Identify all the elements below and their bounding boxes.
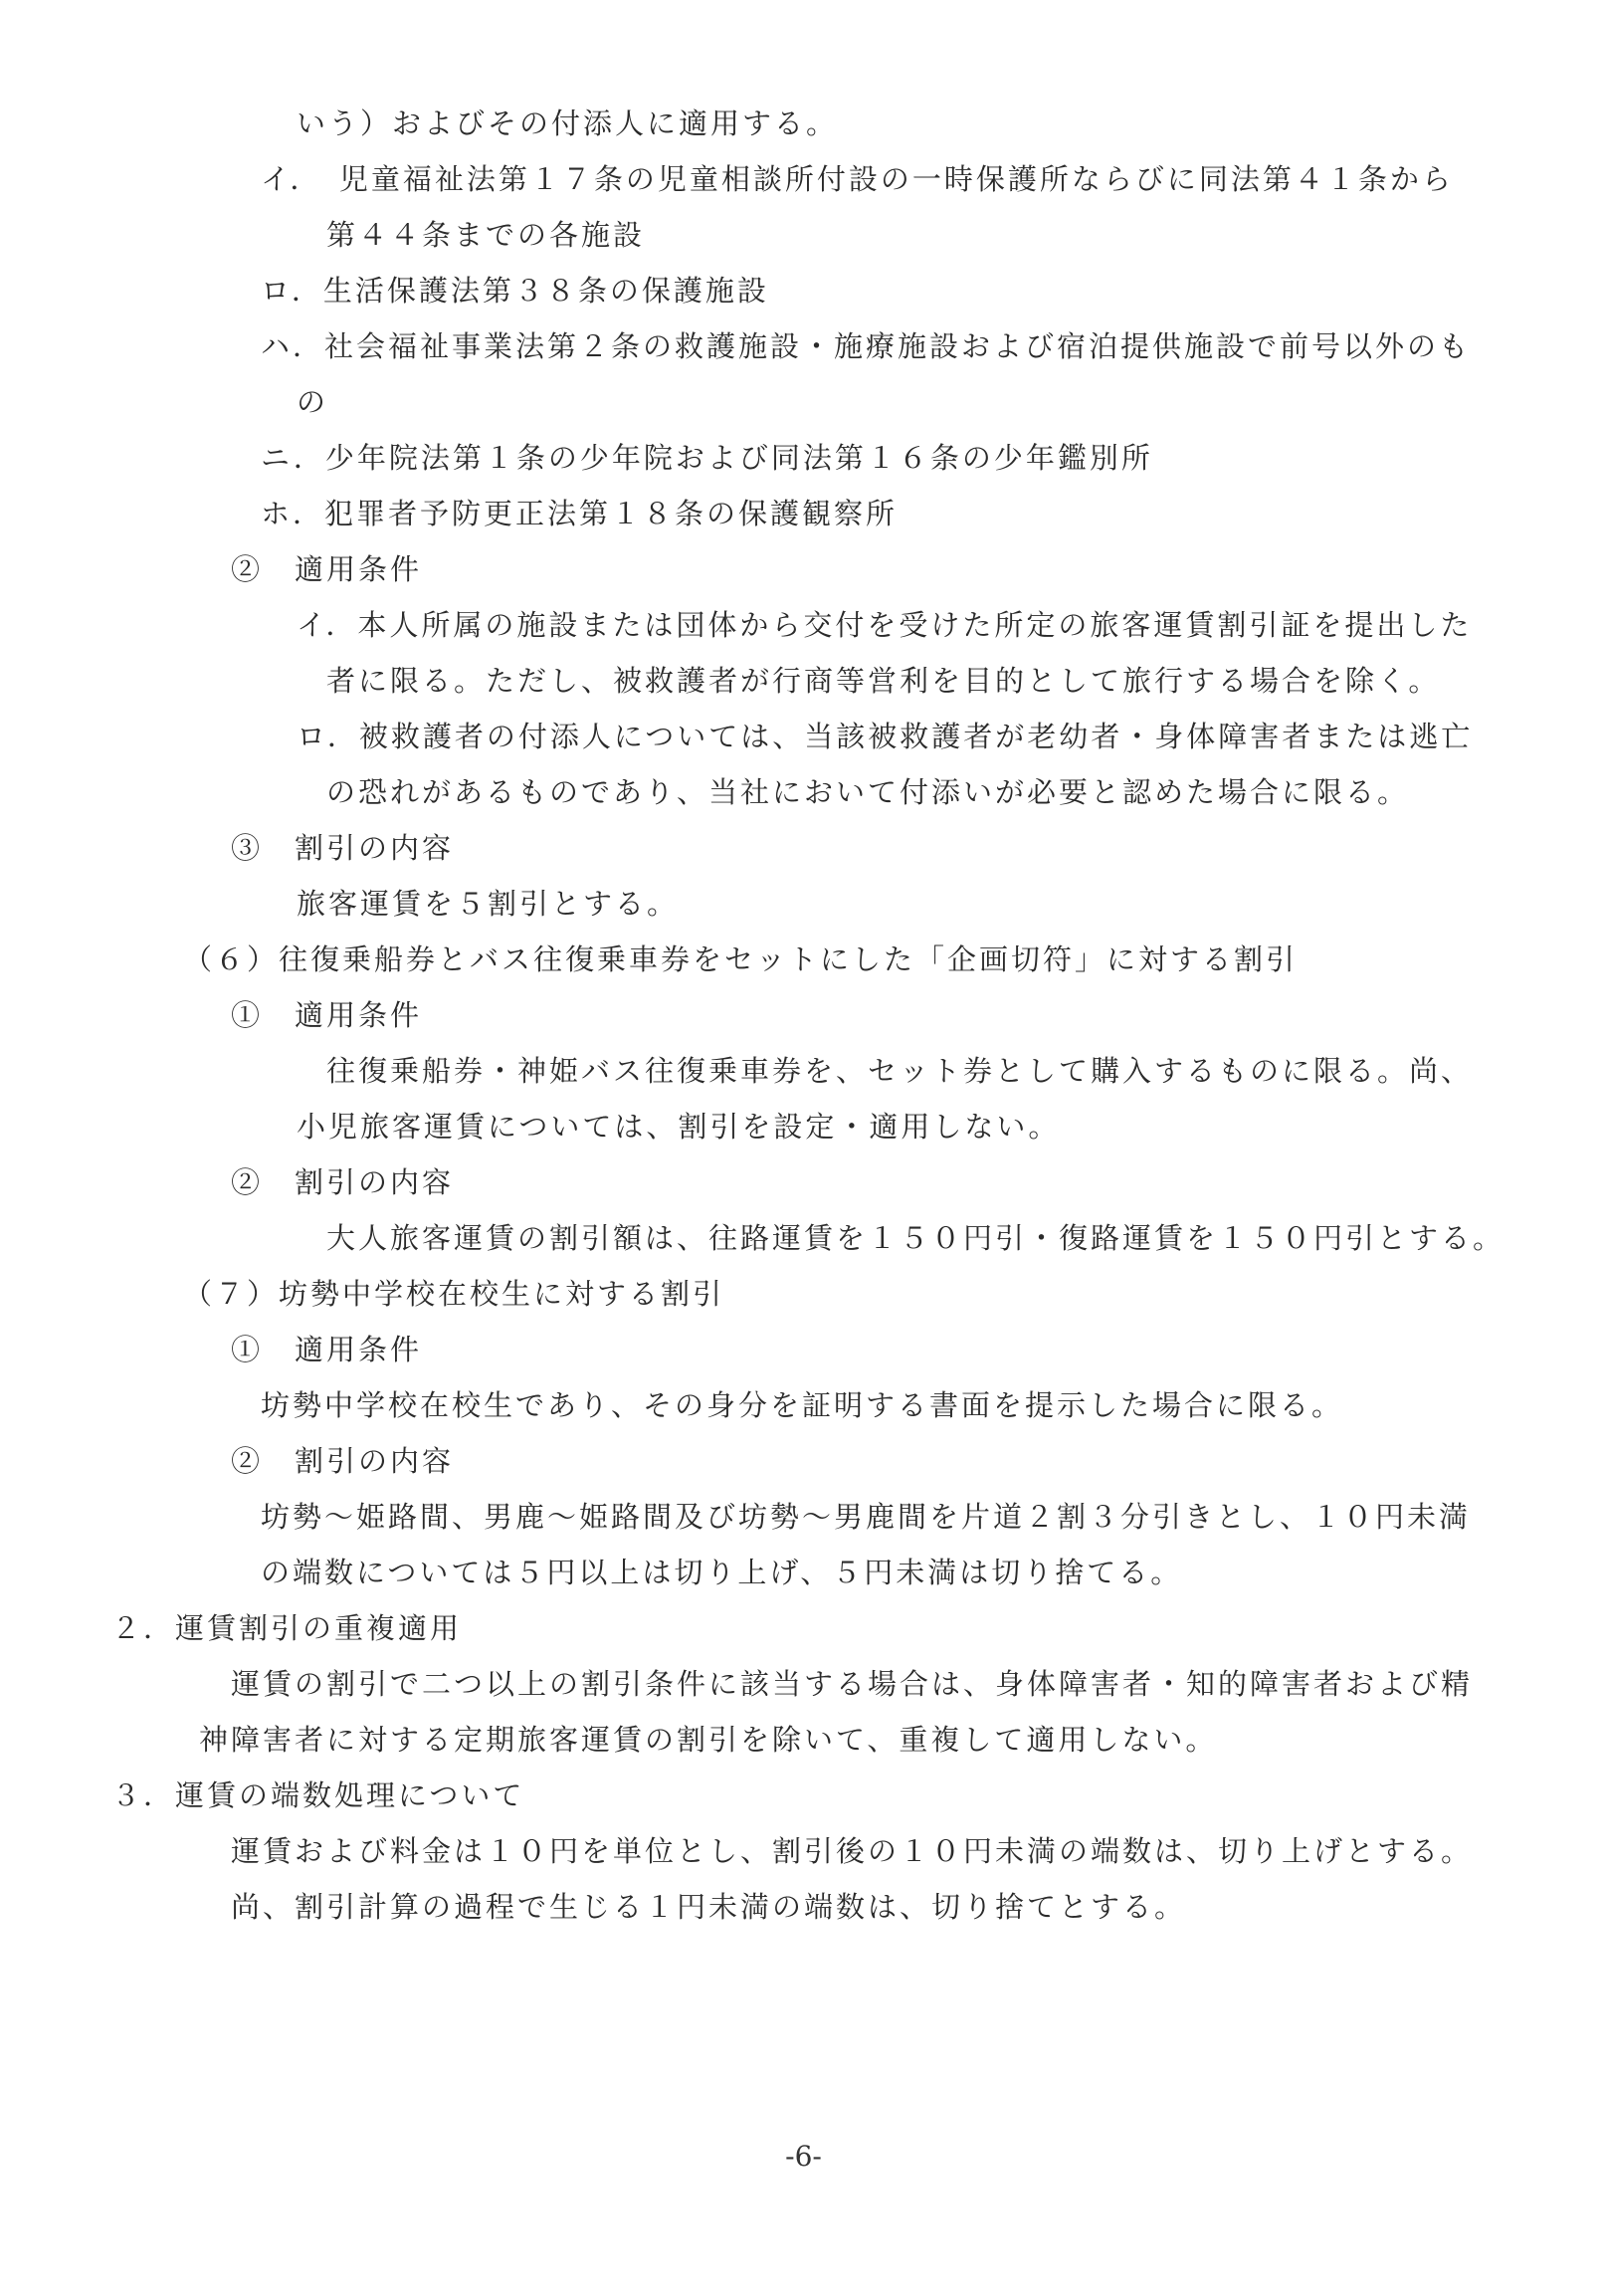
page-number: -6- (0, 2140, 1607, 2173)
text-line: 坊勢中学校在校生であり、その身分を証明する書面を提示した場合に限る。 (261, 1385, 1343, 1425)
text-line: 運賃および料金は１０円を単位とし、割引後の１０円未満の端数は、切り上げとする。 (231, 1831, 1473, 1871)
text-line: いう）およびその付添人に適用する。 (297, 104, 838, 143)
text-line: ２．運賃割引の重複適用 (111, 1608, 462, 1648)
text-line: 小児旅客運賃については、割引を設定・適用しない。 (297, 1107, 1060, 1147)
text-line: 神障害者に対する定期旅客運賃の割引を除いて、重複して適用しない。 (199, 1720, 1217, 1760)
text-line: ３．運賃の端数処理について (111, 1775, 524, 1815)
text-line: （６）往復乗船券とバス往復乗車券をセットにした「企画切符」に対する割引 (183, 939, 1298, 979)
text-line: ① 適用条件 (231, 1330, 422, 1369)
text-line: ハ．社会福祉事業法第２条の救護施設・施療施設および宿泊提供施設で前号以外のも (261, 326, 1471, 366)
text-line: （７）坊勢中学校在校生に対する割引 (183, 1274, 724, 1314)
text-line: 尚、割引計算の過程で生じる１円未満の端数は、切り捨てとする。 (231, 1887, 1186, 1927)
text-line: ロ．生活保護法第３８条の保護施設 (261, 271, 769, 311)
text-line: ② 適用条件 (231, 549, 422, 589)
text-line: の (297, 382, 328, 422)
text-line: 運賃の割引で二つ以上の割引条件に該当する場合は、身体障害者・知的障害者および精 (231, 1664, 1473, 1704)
text-line: 第４４条までの各施設 (326, 215, 645, 255)
text-line: イ． 児童福祉法第１７条の児童相談所付設の一時保護所ならびに同法第４１条から (261, 159, 1454, 199)
text-line: ② 割引の内容 (231, 1441, 454, 1481)
text-line: の端数については５円以上は切り上げ、５円未満は切り捨てる。 (261, 1553, 1182, 1592)
text-line: ① 適用条件 (231, 995, 422, 1035)
text-line: ニ．少年院法第１条の少年院および同法第１６条の少年鑑別所 (261, 438, 1153, 478)
text-line: ホ．犯罪者予防更正法第１８条の保護観察所 (261, 494, 898, 533)
text-line: 旅客運賃を５割引とする。 (297, 884, 679, 924)
text-line: 大人旅客運賃の割引額は、往路運賃を１５０円引・復路運賃を１５０円引とする。 (326, 1218, 1505, 1258)
text-line: ③ 割引の内容 (231, 828, 454, 868)
text-line: の恐れがあるものであり、当社において付添いが必要と認めた場合に限る。 (326, 772, 1409, 812)
text-line: 者に限る。ただし、被救護者が行商等営利を目的として旅行する場合を除く。 (326, 661, 1440, 701)
text-line: ロ．被救護者の付添人については、当該被救護者が老幼者・身体障害者または逃亡 (297, 717, 1473, 756)
text-line: 往復乗船券・神姫バス往復乗車券を、セット券として購入するものに限る。尚、 (326, 1051, 1473, 1091)
text-line: 坊勢～姫路間、男鹿～姫路間及び坊勢～男鹿間を片道２割３分引きとし、１０円未満 (261, 1497, 1471, 1537)
text-line: ② 割引の内容 (231, 1162, 454, 1202)
text-line: イ．本人所属の施設または団体から交付を受けた所定の旅客運賃割引証を提出した (297, 605, 1472, 645)
